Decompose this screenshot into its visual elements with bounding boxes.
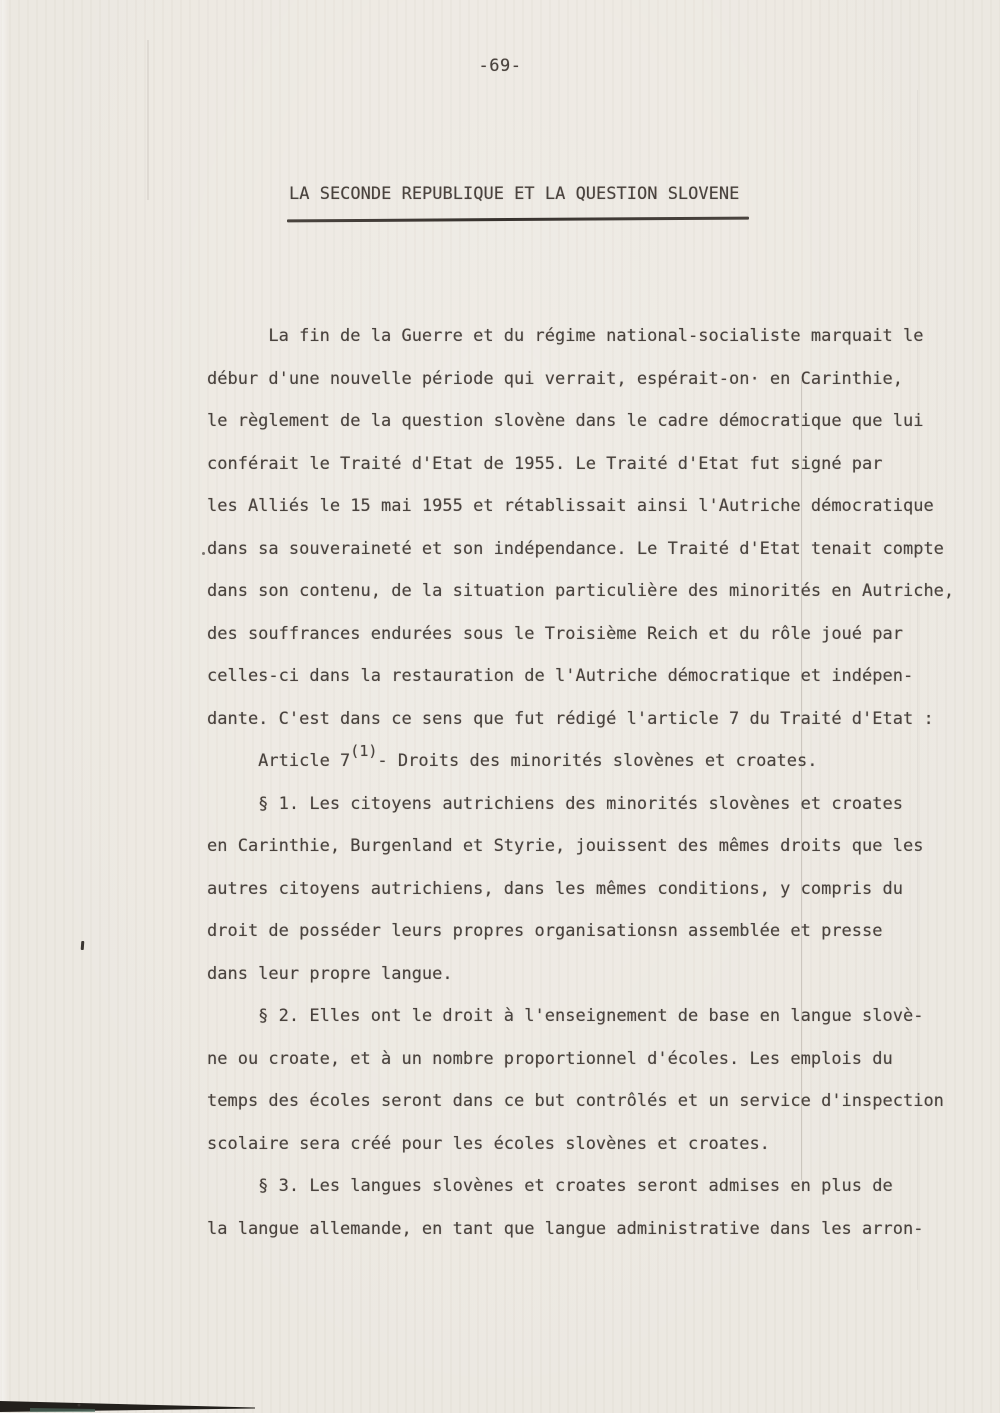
text-line: § 1. Les citoyens autrichiens des minori…	[207, 783, 987, 826]
text-line: celles-ci dans la restauration de l'Autr…	[207, 655, 987, 698]
text-line: la langue allemande, en tant que langue …	[207, 1208, 987, 1251]
document-title: LA SECONDE REPUBLIQUE ET LA QUESTION SLO…	[289, 184, 739, 204]
text-line: La fin de la Guerre et du régime nationa…	[207, 315, 987, 358]
text-line: dans leur propre langue.	[207, 953, 987, 996]
page-number: -69-	[0, 56, 1000, 76]
body-text: La fin de la Guerre et du régime nationa…	[207, 315, 987, 1250]
text-line: ne ou croate, et à un nombre proportionn…	[207, 1038, 987, 1081]
text-line: dante. C'est dans ce sens que fut rédigé…	[207, 698, 987, 741]
margin-tick-mark	[81, 941, 85, 950]
text-line: en Carinthie, Burgenland et Styrie, joui…	[207, 825, 987, 868]
text-line: les Alliés le 15 mai 1955 et rétablissai…	[207, 485, 987, 528]
text-line: scolaire sera créé pour les écoles slovè…	[207, 1123, 987, 1166]
title-underline	[287, 217, 749, 223]
text-line: débur d'une nouvelle période qui verrait…	[207, 358, 987, 401]
text-line: § 2. Elles ont le droit à l'enseignement…	[207, 995, 987, 1038]
text-line: des souffrances endurées sous le Troisiè…	[207, 613, 987, 656]
text-line: le règlement de la question slovène dans…	[207, 400, 987, 443]
page-bottom-edge-shadow	[0, 1398, 270, 1413]
article-title-text: - Droits des minorités slovènes et croat…	[377, 751, 817, 771]
scan-speck	[202, 552, 205, 555]
article-label: Article 7	[258, 751, 350, 771]
text-line: § 3. Les langues slovènes et croates ser…	[207, 1165, 987, 1208]
scanned-document-page: -69- LA SECONDE REPUBLIQUE ET LA QUESTIO…	[0, 0, 1000, 1413]
text-line: conférait le Traité d'Etat de 1955. Le T…	[207, 443, 987, 486]
text-line: dans sa souveraineté et son indépendance…	[207, 528, 987, 571]
text-line: temps des écoles seront dans ce but cont…	[207, 1080, 987, 1123]
text-line: droit de posséder leurs propres organisa…	[207, 910, 987, 953]
text-line: Article 7(1)- Droits des minorités slovè…	[207, 740, 987, 783]
footnote-superscript: (1)	[350, 742, 377, 760]
text-line: autres citoyens autrichiens, dans les mê…	[207, 868, 987, 911]
text-line: dans son contenu, de la situation partic…	[207, 570, 987, 613]
